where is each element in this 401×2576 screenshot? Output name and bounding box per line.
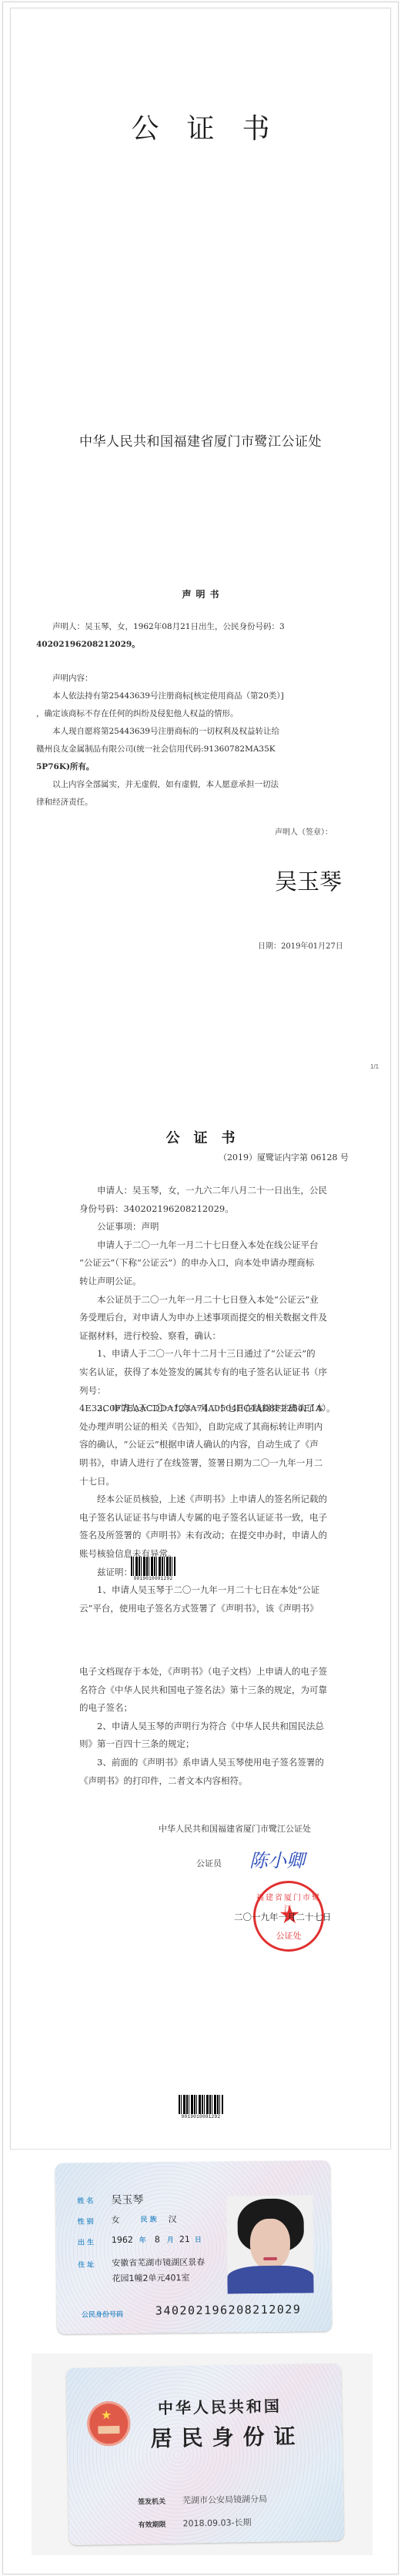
certificate-line: 2、申请人于二〇一九年一月二十七日在线阅读并确认了本 — [79, 1400, 337, 1418]
page-divider — [10, 2149, 391, 2149]
certificate-line: 云”平台，使用电子签名方式签署了《声明书》，该《声明书》 — [79, 1600, 337, 1618]
id-month-label: 月 — [167, 2234, 174, 2244]
certificate-line: 十七日。 — [79, 1473, 337, 1491]
certificate-line: 容的确认，“公证云”根据申请人确认的内容，自动生成了《声 — [79, 1436, 337, 1454]
barcode-bars — [131, 1557, 175, 1576]
barcode-1: 9019010081292 — [131, 1557, 175, 1583]
id-address-label: 住址 — [78, 2259, 96, 2269]
certificate-doc-number: （2019）厦鹭证内字第 06128 号 — [219, 1151, 349, 1163]
declaration-date: 日期：2019年01月27日 — [258, 939, 343, 951]
certificate-line: 1、申请人于二〇一八年十二月十三日通过了“公证云”的 — [79, 1345, 337, 1363]
declaration-para1-line2: ，确定该商标不存在任何的纠纷及侵犯他人权益的情形。 — [36, 705, 313, 723]
certificate-line: 实名认证，获得了本处签发的属其专有的电子签名认证证书（序 — [79, 1363, 337, 1382]
barcode-bars — [179, 2095, 223, 2114]
certificate-line: 证据材料，进行校验、察看，确认： — [79, 1327, 337, 1346]
certificate-line: 公证事项：声明 — [79, 1218, 337, 1236]
certificate-line: 申请人于二〇一九年一月二十七日登入本处在线公证平台 — [79, 1236, 337, 1255]
certificate-line: 电子签名认证证书与申请人专属的电子签名认证证书一致，电子 — [79, 1509, 337, 1527]
id-number-label: 公民身份号码 — [82, 2309, 123, 2320]
certificate-line: 处办理声明公证的相关《告知》，自助完成了其商标转让声明内 — [79, 1418, 337, 1437]
declaration-para3-line2: 律和经济责任。 — [36, 794, 313, 811]
certificate-line: 3、前面的《声明书》系申请人吴玉琴使用电子签名签署的 — [79, 1754, 337, 1772]
id-birth-day: 21 — [179, 2234, 190, 2244]
certificate-title: 公证书 — [11, 1127, 390, 1147]
id-address-line1: 安徽省芜湖市镜湖区景春 — [112, 2256, 205, 2269]
id-address-line2: 花园1幢2单元401室 — [112, 2271, 189, 2284]
certificate-line: 2、申请人吴玉琴的声明行为符合《中华人民共和国民法总 — [79, 1718, 337, 1736]
id-birth-year: 1962 — [112, 2235, 133, 2245]
declarant-line-1: 声明人：吴玉琴，女，1962年08月21日出生，公民身份号码：3 — [36, 618, 313, 636]
id-authority: 芜湖市公安局镜湖分局 — [182, 2493, 267, 2507]
barcode-2: 9019010081292 — [179, 2095, 223, 2121]
id-validity: 2018.09.03-长期 — [182, 2516, 251, 2530]
barcode-number: 9019010081292 — [131, 1576, 175, 1581]
id-birth-month: 8 — [155, 2234, 160, 2244]
id-birth-label: 出生 — [78, 2236, 96, 2246]
certificate-line: 则》第一百四十三条的规定； — [79, 1735, 337, 1754]
page-number: 1/1 — [370, 1063, 379, 1070]
id-country: 中华人民共和国 — [158, 2394, 282, 2418]
certificate-line: 1、申请人吴玉琴于二〇一九年一月二十七日在本处“公证 — [79, 1581, 337, 1600]
declarant-signature: 吴玉琴 — [275, 865, 342, 896]
declaration-para2-line3: 5P76K)所有。 — [36, 758, 313, 776]
id-name: 吴玉琴 — [111, 2192, 143, 2207]
declaration-para3-line1: 以上内容全部属实，并无虚假，如有虚假，本人愿意承担一切法 — [36, 776, 313, 794]
certificate-line: 经本公证员核验，上述《声明书》上申请人的签名所记载的 — [79, 1490, 337, 1509]
certificate-line: 兹证明： — [79, 1564, 337, 1582]
declaration-title: 声明书 — [11, 587, 390, 601]
id-year-label: 年 — [139, 2235, 146, 2245]
declaration-para2-line1: 本人现自愿将第25443639号注册商标的一切权利及权益转让给 — [36, 723, 313, 741]
declarant-line-2: 40202196208212029。 — [36, 636, 313, 654]
certificate-line: “公证云”（下称“公证云”）的申办入口，向本处申请办理商标 — [79, 1254, 337, 1273]
id-card-back: ★ 中华人民共和国 居民身份证 签发机关 芜湖市公安局镜湖分局 有效期限 201… — [66, 2364, 344, 2545]
cover-title: 公证书 — [11, 107, 390, 146]
id-number: 340202196208212029 — [155, 2303, 302, 2318]
certificate-line: 明书》，申请人进行了在线签署，签署日期为二〇一九年一月二 — [79, 1454, 337, 1473]
declaration-content-label: 声明内容： — [36, 670, 313, 687]
certificate-line: 的电子签名； — [79, 1699, 337, 1718]
seal-bottom-text: 公证处 — [256, 1929, 322, 1942]
id-name-label: 姓名 — [77, 2195, 95, 2205]
certificate-line: 务受理后台，对申请人为申办上述事项而提交的相关数据文件及 — [79, 1309, 337, 1327]
photo-face — [250, 2219, 291, 2270]
certificate-line: 本公证员于二〇一九年一月二十七日登入本处“公证云”业 — [79, 1291, 337, 1310]
id-card-title: 居民身份证 — [150, 2420, 305, 2453]
certificate-line: 账号核验信息未有异常。 — [79, 1545, 337, 1564]
notarial-document-pages: 公证书 中华人民共和国福建省厦门市鹭江公证处 声明书 声明人：吴玉琴，女，196… — [10, 8, 391, 2149]
certificate-line: 转让声明公证。 — [79, 1273, 337, 1291]
id-sex-label: 性别 — [78, 2216, 96, 2226]
id-card-front: 姓名 吴玉琴 性别 女 民族 汉 出生 1962 年 8 月 21 日 住址 安… — [55, 2160, 332, 2334]
photo-lips — [263, 2257, 277, 2260]
cover-office-name: 中华人民共和国福建省厦门市鹭江公证处 — [11, 430, 390, 450]
id-authority-label: 签发机关 — [138, 2496, 165, 2507]
id-ethnicity-label: 民族 — [141, 2213, 159, 2223]
id-photo — [226, 2195, 313, 2293]
certificate-line: 电子文档现存于本处，《声明书》（电子文档）上申请人的电子签 — [79, 1663, 337, 1681]
declaration-para1-line1: 本人依法持有第25443639号注册商标[核定使用商品（第20类）] — [36, 687, 313, 705]
notary-signature: 陈小卿 — [249, 1845, 305, 1872]
notary-label: 公证员 — [196, 1857, 222, 1869]
id-sex: 女 — [112, 2213, 120, 2226]
certificate-line: 签名及所签署的《声明书》未有改动；在提交申办时，申请人的 — [79, 1527, 337, 1545]
id-ethnicity: 汉 — [169, 2213, 177, 2225]
declaration-para2-line2: 赣州良友金属制品有限公司(统一社会信用代码:91360782MA35K — [36, 741, 313, 758]
id-validity-label: 有效期限 — [138, 2519, 165, 2530]
certificate-line: 名符合《中华人民共和国电子签名法》第十三条的规定，为可靠 — [79, 1681, 337, 1700]
id-day-label: 日 — [195, 2234, 202, 2244]
certificate-line: 《声明书》的打印件，二者文本内容相符。 — [79, 1772, 337, 1791]
declarant-signature-label: 声明人（签章）： — [275, 825, 332, 837]
photo-clothing — [227, 2265, 313, 2293]
barcode-number: 9019010081292 — [179, 2114, 223, 2119]
certificate-date: 二〇一九年一月二十七日 — [234, 1911, 332, 1923]
certificate-line: 身份号码：340202196208212029。 — [79, 1200, 337, 1219]
certificate-office-name: 中华人民共和国福建省厦门市鹭江公证处 — [159, 1822, 311, 1835]
certificate-line: 申请人：吴玉琴，女，一九六二年八月二十一日出生，公民 — [79, 1182, 337, 1200]
